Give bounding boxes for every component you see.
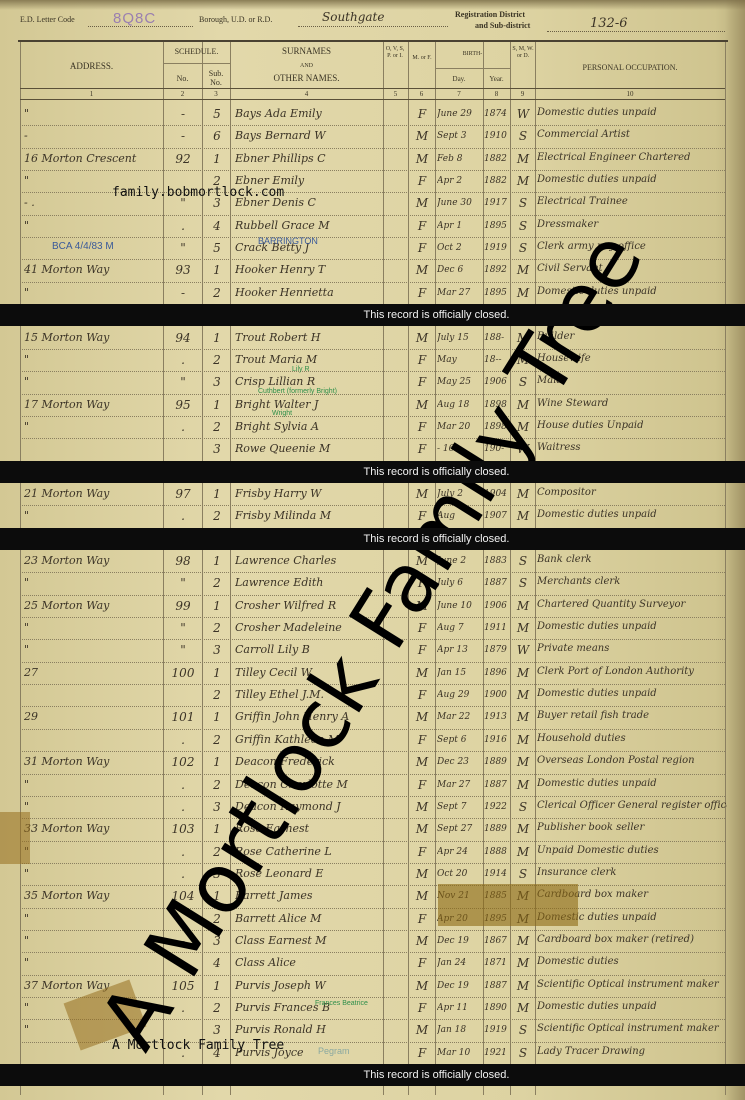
annotation: BARRINGTON <box>258 236 318 246</box>
cell-year: 1882 <box>484 154 510 164</box>
cell-occupation: Overseas London Postal region <box>537 755 727 766</box>
table-row: ".2Deacon Charlotte MFMar 271887MDomesti… <box>0 775 725 797</box>
cell-name: Purvis Ronald H <box>235 1023 383 1036</box>
cell-occupation: Domestic duties unpaid <box>537 778 727 789</box>
table-row: 16 Morton Crescent921Ebner Phillips CMFe… <box>0 149 725 171</box>
cell-occupation: Commercial Artist <box>537 129 727 140</box>
cell-no: " <box>165 643 201 657</box>
cell-sex: M <box>411 196 433 210</box>
watermark-url: family.bobmortlock.com <box>112 185 284 200</box>
cell-sub: 2 <box>205 286 229 300</box>
cell-sex: M <box>411 755 433 769</box>
cell-no: - <box>165 286 201 300</box>
col-birth: BIRTH- <box>435 50 510 59</box>
table-row: ".2Frisby Milinda MFAug1907MDomestic dut… <box>0 506 725 528</box>
cell-status: M <box>512 599 534 613</box>
cell-year: 1867 <box>484 936 510 946</box>
cell-address: " <box>24 420 162 433</box>
cell-sex: F <box>411 107 433 121</box>
cell-sex: F <box>411 174 433 188</box>
cell-day: Mar 22 <box>437 712 483 722</box>
cell-status: M <box>512 822 534 836</box>
cell-day: Dec 6 <box>437 265 483 275</box>
cell-address: " <box>24 643 162 656</box>
cell-sex: F <box>411 912 433 926</box>
cell-address: " <box>24 107 162 120</box>
cell-status: S <box>512 800 534 814</box>
cell-status: M <box>512 956 534 970</box>
cell-address: " <box>24 286 162 299</box>
cell-address: - <box>24 129 162 142</box>
table-row: ".2Bright Sylvia AFMar 201898MHouse duti… <box>0 417 725 439</box>
cell-sub: 1 <box>205 710 229 724</box>
cell-status: M <box>512 934 534 948</box>
cell-day: Jan 18 <box>437 1025 483 1035</box>
cell-year: 1882 <box>484 176 510 186</box>
dotted-line <box>298 26 448 27</box>
cell-year: 1913 <box>484 712 510 722</box>
cell-occupation: Publisher book seller <box>537 822 727 833</box>
cell-sex: F <box>411 1046 433 1060</box>
cell-occupation: Bank clerk <box>537 554 727 565</box>
cell-no: 97 <box>165 487 201 501</box>
cell-day: May <box>437 355 483 365</box>
cell-occupation: Domestic duties unpaid <box>537 621 727 632</box>
cell-name: Class Earnest M <box>235 934 383 947</box>
cell-name: Bright Walter J <box>235 398 383 411</box>
cell-sub: 3 <box>205 375 229 389</box>
closed-record-bar: This record is officially closed. <box>0 304 745 326</box>
cell-address: " <box>24 375 162 388</box>
cell-sex: F <box>411 688 433 702</box>
cell-day: Jan 15 <box>437 668 483 678</box>
page-edge-right <box>725 0 745 1100</box>
cell-status: M <box>512 1001 534 1015</box>
header-rule <box>20 88 725 89</box>
cell-occupation: Domestic duties <box>537 956 727 967</box>
cell-status: M <box>512 152 534 166</box>
column-number: 5 <box>383 90 408 98</box>
cell-sub: 2 <box>205 576 229 590</box>
cell-no: 92 <box>165 152 201 166</box>
cell-day: Dec 23 <box>437 757 483 767</box>
cell-name: Frisby Harry W <box>235 487 383 500</box>
cell-sex: F <box>411 1001 433 1015</box>
cell-occupation: Insurance clerk <box>537 867 727 878</box>
cell-sub: 1 <box>205 331 229 345</box>
cell-status: M <box>512 509 534 523</box>
cell-status: S <box>512 867 534 881</box>
borough-label: Borough, U.D. or R.D. <box>199 15 272 24</box>
cell-address: " <box>24 800 162 813</box>
cell-sex: F <box>411 241 433 255</box>
cell-occupation: Electrical Trainee <box>537 196 727 207</box>
col-year: Year. <box>483 75 510 84</box>
cell-no: 99 <box>165 599 201 613</box>
closed-record-bar: This record is officially closed. <box>0 461 745 483</box>
cell-sex: M <box>411 331 433 345</box>
cell-status: M <box>512 621 534 635</box>
cell-occupation: Clerical Officer General register office <box>537 800 727 811</box>
cell-name: Rowe Queenie M <box>235 442 383 455</box>
cell-day: Sept 6 <box>437 735 483 745</box>
cell-day: June 30 <box>437 198 483 208</box>
cell-occupation: Scientific Optical instrument maker <box>537 979 727 990</box>
annotation: Wright <box>272 410 292 417</box>
cell-day: Oct 20 <box>437 869 483 879</box>
cell-sex: M <box>411 398 433 412</box>
cell-status: W <box>512 643 534 657</box>
cell-day: Apr 11 <box>437 1003 483 1013</box>
cell-status: W <box>512 107 534 121</box>
cell-sub: 1 <box>205 599 229 613</box>
cell-address: 27 <box>24 666 162 679</box>
cell-sex: M <box>411 263 433 277</box>
cell-occupation: Electrical Engineer Chartered <box>537 152 727 163</box>
cell-sub: 2 <box>205 353 229 367</box>
cell-address: 17 Morton Way <box>24 398 162 411</box>
cell-occupation: Compositor <box>537 487 727 498</box>
table-row: ".3Deacon Raymond JMSept 71922SClerical … <box>0 797 725 819</box>
cell-occupation: Buyer retail fish trade <box>537 710 727 721</box>
table-row: ".2Rose Catherine LFApr 241888MUnpaid Do… <box>0 842 725 864</box>
cell-no: " <box>165 576 201 590</box>
cell-sex: F <box>411 956 433 970</box>
cell-sex: M <box>411 822 433 836</box>
table-row: ".4Rubbell Grace MFApr 11895SDressmaker <box>0 216 725 238</box>
table-row: - ."3Ebner Denis CMJune 301917SElectrica… <box>0 193 725 215</box>
cell-sex: F <box>411 845 433 859</box>
cell-address: 31 Morton Way <box>24 755 162 768</box>
cell-year: 1874 <box>484 109 510 119</box>
cell-status: S <box>512 129 534 143</box>
cell-sub: 1 <box>205 666 229 680</box>
cell-sub: 1 <box>205 487 229 501</box>
cell-no: 95 <box>165 398 201 412</box>
column-number: 8 <box>483 90 510 98</box>
cell-address: " <box>24 576 162 589</box>
annotation: Frances Beatrice <box>315 1000 368 1007</box>
cell-no: 98 <box>165 554 201 568</box>
cell-no: 102 <box>165 755 201 769</box>
cell-address: " <box>24 509 162 522</box>
cell-sub: 2 <box>205 621 229 635</box>
cell-name: Purvis Joseph W <box>235 979 383 992</box>
cell-day: Dec 19 <box>437 981 483 991</box>
column-number: 6 <box>408 90 435 98</box>
cell-day: Aug 7 <box>437 623 483 633</box>
cell-sub: 5 <box>205 241 229 255</box>
cell-occupation: Domestic duties unpaid <box>537 688 727 699</box>
cell-sex: F <box>411 375 433 389</box>
cell-occupation: Lady Tracer Drawing <box>537 1046 727 1057</box>
cell-name: Hooker Henry T <box>235 263 383 276</box>
cell-occupation: Domestic duties unpaid <box>537 174 727 185</box>
cell-occupation: Unpaid Domestic duties <box>537 845 727 856</box>
regdist-value: 132-6 <box>590 16 627 31</box>
col-day: Day. <box>435 75 483 84</box>
annotation: Pegram <box>318 1046 350 1056</box>
cell-occupation: Domestic duties unpaid <box>537 1001 727 1012</box>
cell-sub: 1 <box>205 554 229 568</box>
table-row: 31 Morton Way1021Deacon FrederickMDec 23… <box>0 752 725 774</box>
col-no: No. <box>163 74 202 83</box>
cell-sub: 2 <box>205 1001 229 1015</box>
cell-no: 94 <box>165 331 201 345</box>
col-surnames: SURNAMES <box>230 47 383 56</box>
cell-no: 93 <box>165 263 201 277</box>
cell-year: 1919 <box>484 243 510 253</box>
cell-sub: 1 <box>205 152 229 166</box>
cell-no: . <box>165 353 201 367</box>
cell-address: 15 Morton Way <box>24 331 162 344</box>
cell-address: 41 Morton Way <box>24 263 162 276</box>
cell-occupation: Scientific Optical instrument maker <box>537 1023 727 1034</box>
regdist-label: Registration District <box>455 10 525 19</box>
cell-name: Ebner Phillips C <box>235 152 383 165</box>
cell-status: S <box>512 196 534 210</box>
cell-sex: F <box>411 353 433 367</box>
cell-day: June 29 <box>437 109 483 119</box>
cell-sub: 2 <box>205 509 229 523</box>
cell-no: . <box>165 219 201 233</box>
cell-day: Apr 24 <box>437 847 483 857</box>
col-sub-no: Sub. No. <box>202 69 230 87</box>
annotation: Cuthbert (formerly Bright) <box>258 388 337 395</box>
column-number: 9 <box>510 90 535 98</box>
cell-no: " <box>165 241 201 255</box>
table-row: ".3Rose Leonard EMOct 201914SInsurance c… <box>0 864 725 886</box>
cell-status: S <box>512 554 534 568</box>
cell-sex: F <box>411 442 433 456</box>
cell-year: 1911 <box>484 623 510 633</box>
cell-day: Sept 7 <box>437 802 483 812</box>
cell-status: M <box>512 710 534 724</box>
cell-year: 1871 <box>484 958 510 968</box>
cell-address: 21 Morton Way <box>24 487 162 500</box>
column-number: 1 <box>20 90 163 98</box>
cell-day: Mar 27 <box>437 288 483 298</box>
cell-no: . <box>165 778 201 792</box>
cell-address: " <box>24 621 162 634</box>
header-rule <box>163 63 230 64</box>
col-schedule: SCHEDULE. <box>163 47 230 56</box>
cell-year: 1910 <box>484 131 510 141</box>
cell-day: Oct 2 <box>437 243 483 253</box>
regdist-label-2: and Sub-district <box>475 21 530 30</box>
cell-name: Rubbell Grace M <box>235 219 383 232</box>
cell-status: M <box>512 778 534 792</box>
cell-sub: 2 <box>205 733 229 747</box>
table-row: 33 Morton Way1031Rose EarnestMSept 27188… <box>0 819 725 841</box>
cell-sex: F <box>411 219 433 233</box>
col-address: ADDRESS. <box>20 62 163 71</box>
closed-record-text: This record is officially closed. <box>364 533 510 545</box>
cell-sex: F <box>411 778 433 792</box>
closed-record-bar: This record is officially closed. <box>0 528 745 550</box>
cell-status: M <box>512 733 534 747</box>
cell-day: Dec 19 <box>437 936 483 946</box>
table-row: .4Purvis JoyceFMar 101921SLady Tracer Dr… <box>0 1043 725 1065</box>
cell-status: M <box>512 845 534 859</box>
cell-year: 1916 <box>484 735 510 745</box>
cell-status: S <box>512 219 534 233</box>
cell-address: 16 Morton Crescent <box>24 152 162 165</box>
cell-status: M <box>512 755 534 769</box>
table-row: 35 Morton Way1041Barrett JamesMNov 21188… <box>0 886 725 908</box>
cell-name: Class Alice <box>235 956 383 969</box>
column-number: 2 <box>163 90 202 98</box>
cell-sex: F <box>411 733 433 747</box>
cell-year: 1917 <box>484 198 510 208</box>
cell-year: 1900 <box>484 690 510 700</box>
column-number: 3 <box>202 90 230 98</box>
cell-status: M <box>512 263 534 277</box>
ed-code: 8Q8C <box>113 10 156 27</box>
cell-sub: 1 <box>205 755 229 769</box>
cell-day: Mar 10 <box>437 1048 483 1058</box>
cell-year: 1887 <box>484 578 510 588</box>
annotation: Lily R <box>292 366 310 373</box>
cell-no: - <box>165 129 201 143</box>
table-row: 3Rowe Queenie MF- 16190-WWaitress <box>0 439 725 461</box>
cell-status: M <box>512 688 534 702</box>
table-row: 21 Morton Way971Frisby Harry WMJuly 2190… <box>0 484 725 506</box>
header-rule <box>20 99 725 100</box>
table-row: ".2Barrett Alice MFApr 201895MDomestic d… <box>0 909 725 931</box>
cell-sex: M <box>411 129 433 143</box>
cell-sub: 3 <box>205 643 229 657</box>
cell-day: Aug 29 <box>437 690 483 700</box>
cell-year: 1895 <box>484 288 510 298</box>
cell-day: July 15 <box>437 333 483 343</box>
cell-sex: M <box>411 152 433 166</box>
cell-day: Mar 27 <box>437 780 483 790</box>
col-ovspi: O, V, S, P. or I. <box>385 46 405 60</box>
cell-year: 1921 <box>484 1048 510 1058</box>
cell-address: 25 Morton Way <box>24 599 162 612</box>
ed-label: E.D. Letter Code <box>20 15 75 24</box>
cell-name: Trout Maria M <box>235 353 383 366</box>
cell-sub: 3 <box>205 1023 229 1037</box>
cell-name: Bays Bernard W <box>235 129 383 142</box>
cell-sex: M <box>411 979 433 993</box>
cell-year: 1889 <box>484 757 510 767</box>
cell-sex: F <box>411 420 433 434</box>
cell-year: 1887 <box>484 981 510 991</box>
table-row: ".2Trout Maria MFMay18--MHousewife <box>0 350 725 372</box>
cell-year: 1888 <box>484 847 510 857</box>
cell-sex: M <box>411 710 433 724</box>
cell-address: 35 Morton Way <box>24 889 162 902</box>
cell-sub: 4 <box>205 219 229 233</box>
cell-occupation: Domestic duties unpaid <box>537 509 727 520</box>
cell-sub: 2 <box>205 420 229 434</box>
cell-no: . <box>165 509 201 523</box>
cell-name: Crisp Lillian R <box>235 375 383 388</box>
cell-year: 1914 <box>484 869 510 879</box>
cell-sub: 5 <box>205 107 229 121</box>
table-row: "-3Class Earnest MMDec 191867MCardboard … <box>0 931 725 953</box>
cell-no: . <box>165 733 201 747</box>
cell-occupation: Domestic duties unpaid <box>537 107 727 118</box>
cell-year: 1906 <box>484 601 510 611</box>
cell-year: 1890 <box>484 1003 510 1013</box>
cell-year: 1922 <box>484 802 510 812</box>
cell-sex: M <box>411 666 433 680</box>
cell-year: 1895 <box>484 221 510 231</box>
cell-status: M <box>512 666 534 680</box>
cell-name: Frisby Milinda M <box>235 509 383 522</box>
table-row: "-5Bays Ada EmilyFJune 291874WDomestic d… <box>0 104 725 126</box>
column-number: 4 <box>230 90 383 98</box>
cell-occupation: Chartered Quantity Surveyor <box>537 599 727 610</box>
cell-day: Jan 24 <box>437 958 483 968</box>
cell-year: 1892 <box>484 265 510 275</box>
closed-record-text: This record is officially closed. <box>364 466 510 478</box>
col-mf: M. or F. <box>410 55 434 62</box>
cell-day: Apr 1 <box>437 221 483 231</box>
cell-year: 1919 <box>484 1025 510 1035</box>
cell-no: " <box>165 621 201 635</box>
cell-sex: F <box>411 286 433 300</box>
cell-occupation: Cardboard box maker (retired) <box>537 934 727 945</box>
cell-status: S <box>512 576 534 590</box>
page-edge <box>0 0 745 10</box>
dotted-line <box>547 31 725 32</box>
cell-day: Apr 13 <box>437 645 483 655</box>
closed-record-bar: This record is officially closed. <box>0 1064 745 1086</box>
header-rule <box>435 68 510 69</box>
cell-no: - <box>165 107 201 121</box>
cell-no: 100 <box>165 666 201 680</box>
cell-sex: M <box>411 800 433 814</box>
closed-record-text: This record is officially closed. <box>364 1069 510 1081</box>
cell-sub: 2 <box>205 688 229 702</box>
cell-sex: M <box>411 934 433 948</box>
cell-sex: M <box>411 867 433 881</box>
cell-address: 33 Morton Way <box>24 822 162 835</box>
col-other-names: OTHER NAMES. <box>230 74 383 83</box>
cell-year: 1889 <box>484 824 510 834</box>
cell-name: Trout Robert H <box>235 331 383 344</box>
cell-name: Lawrence Charles <box>235 554 383 567</box>
cell-no: " <box>165 375 201 389</box>
col-smwd: S, M, W. or D. <box>512 46 534 60</box>
cell-year: 1883 <box>484 556 510 566</box>
cell-occupation: Merchants clerk <box>537 576 727 587</box>
cell-day: Apr 2 <box>437 176 483 186</box>
cell-status: S <box>512 241 534 255</box>
cell-no: . <box>165 420 201 434</box>
cell-address: " <box>24 845 162 858</box>
cell-sex: M <box>411 889 433 903</box>
cell-status: S <box>512 1046 534 1060</box>
cell-address: 29 <box>24 710 162 723</box>
cell-day: Feb 8 <box>437 154 483 164</box>
cell-name: Bright Sylvia A <box>235 420 383 433</box>
cell-name: Hooker Henrietta <box>235 286 383 299</box>
table-row: --6Bays Bernard WMSept 31910SCommercial … <box>0 126 725 148</box>
cell-sub: 1 <box>205 398 229 412</box>
table-row: 17 Morton Way951Bright Walter JMAug 1818… <box>0 395 725 417</box>
cell-day: Sept 3 <box>437 131 483 141</box>
cell-sex: M <box>411 1023 433 1037</box>
cell-address: " <box>24 353 162 366</box>
cell-year: 1896 <box>484 668 510 678</box>
col-occupation: PERSONAL OCCUPATION. <box>535 63 725 72</box>
cell-occupation: Waitress <box>537 442 727 453</box>
